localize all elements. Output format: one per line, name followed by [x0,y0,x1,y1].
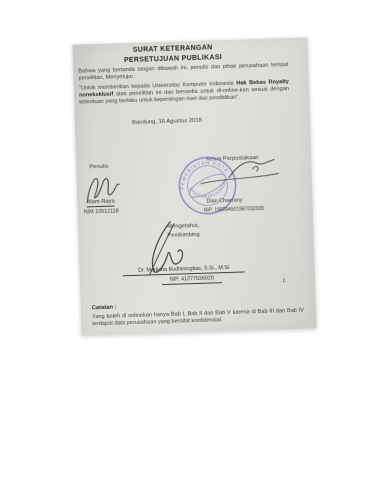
paragraph-statement: "Untuk memberikan kepada Universitas Kom… [79,79,290,107]
note-label: Catatan : [92,305,117,312]
note-text: Yang boleh di onlinekan hanya Bab I, Bab… [92,308,304,329]
left-signer-name: Alam Raya [86,199,115,208]
left-signer-id: NIM 10512118 [84,208,119,215]
librarian-signature [194,154,283,187]
photo-background: SURAT KETERANGAN PERSETUJUAN PUBLIKASI B… [0,0,371,480]
document-page: SURAT KETERANGAN PERSETUJUAN PUBLIKASI B… [72,37,316,335]
date-line: Bandung, 16 Agustus 2018 [115,117,219,126]
right-signer-name: Dian Chaerany [206,198,242,205]
middle-signer-id: NIP. 41277026020 [162,275,222,285]
right-signer-id: NIP. 196094501987032005 [204,206,265,214]
left-signer-role: Penulis [89,164,108,171]
pen-mark: t. [283,278,287,284]
